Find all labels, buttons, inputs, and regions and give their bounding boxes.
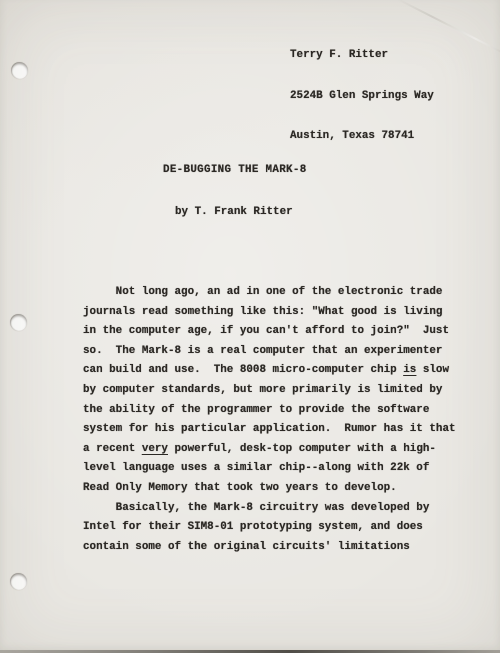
body-line: contain some of the original circuits' l… [83, 538, 456, 558]
body-line: level language uses a similar chip--alon… [83, 459, 456, 479]
body-text: Not long ago, an ad in one of the electr… [83, 283, 456, 557]
document-title: DE-BUGGING THE MARK-8 [163, 164, 307, 177]
sender-city: Austin, Texas 78741 [290, 130, 434, 144]
hole-punch-bottom [10, 573, 27, 590]
document-byline: by T. Frank Ritter [175, 206, 293, 219]
underlined-word: very [142, 443, 168, 455]
body-line: system for his particular application. R… [83, 420, 456, 440]
sender-street: 2524B Glen Springs Way [290, 90, 434, 104]
body-line: Basically, the Mark-8 circuitry was deve… [83, 499, 456, 519]
hole-punch-middle [10, 314, 27, 331]
body-line: so. The Mark-8 is a real computer that a… [83, 342, 456, 362]
body-line: the ability of the programmer to provide… [83, 401, 456, 421]
body-line: Read Only Memory that took two years to … [83, 479, 456, 499]
hole-punch-top [11, 62, 28, 79]
body-line: a recent very powerful, desk-top compute… [83, 440, 456, 460]
sender-name: Terry F. Ritter [290, 49, 434, 63]
body-line: journals read something like this: "What… [83, 303, 456, 323]
underlined-word: is [403, 364, 416, 376]
body-line: by computer standards, but more primaril… [83, 381, 456, 401]
body-line: in the computer age, if you can't afford… [83, 322, 456, 342]
sender-address: Terry F. Ritter 2524B Glen Springs Way A… [290, 22, 434, 171]
body-line: can build and use. The 8008 micro-comput… [83, 361, 456, 381]
body-line: Not long ago, an ad in one of the electr… [83, 283, 456, 303]
body-line: Intel for their SIM8-01 prototyping syst… [83, 518, 456, 538]
document-page: Terry F. Ritter 2524B Glen Springs Way A… [0, 0, 500, 653]
